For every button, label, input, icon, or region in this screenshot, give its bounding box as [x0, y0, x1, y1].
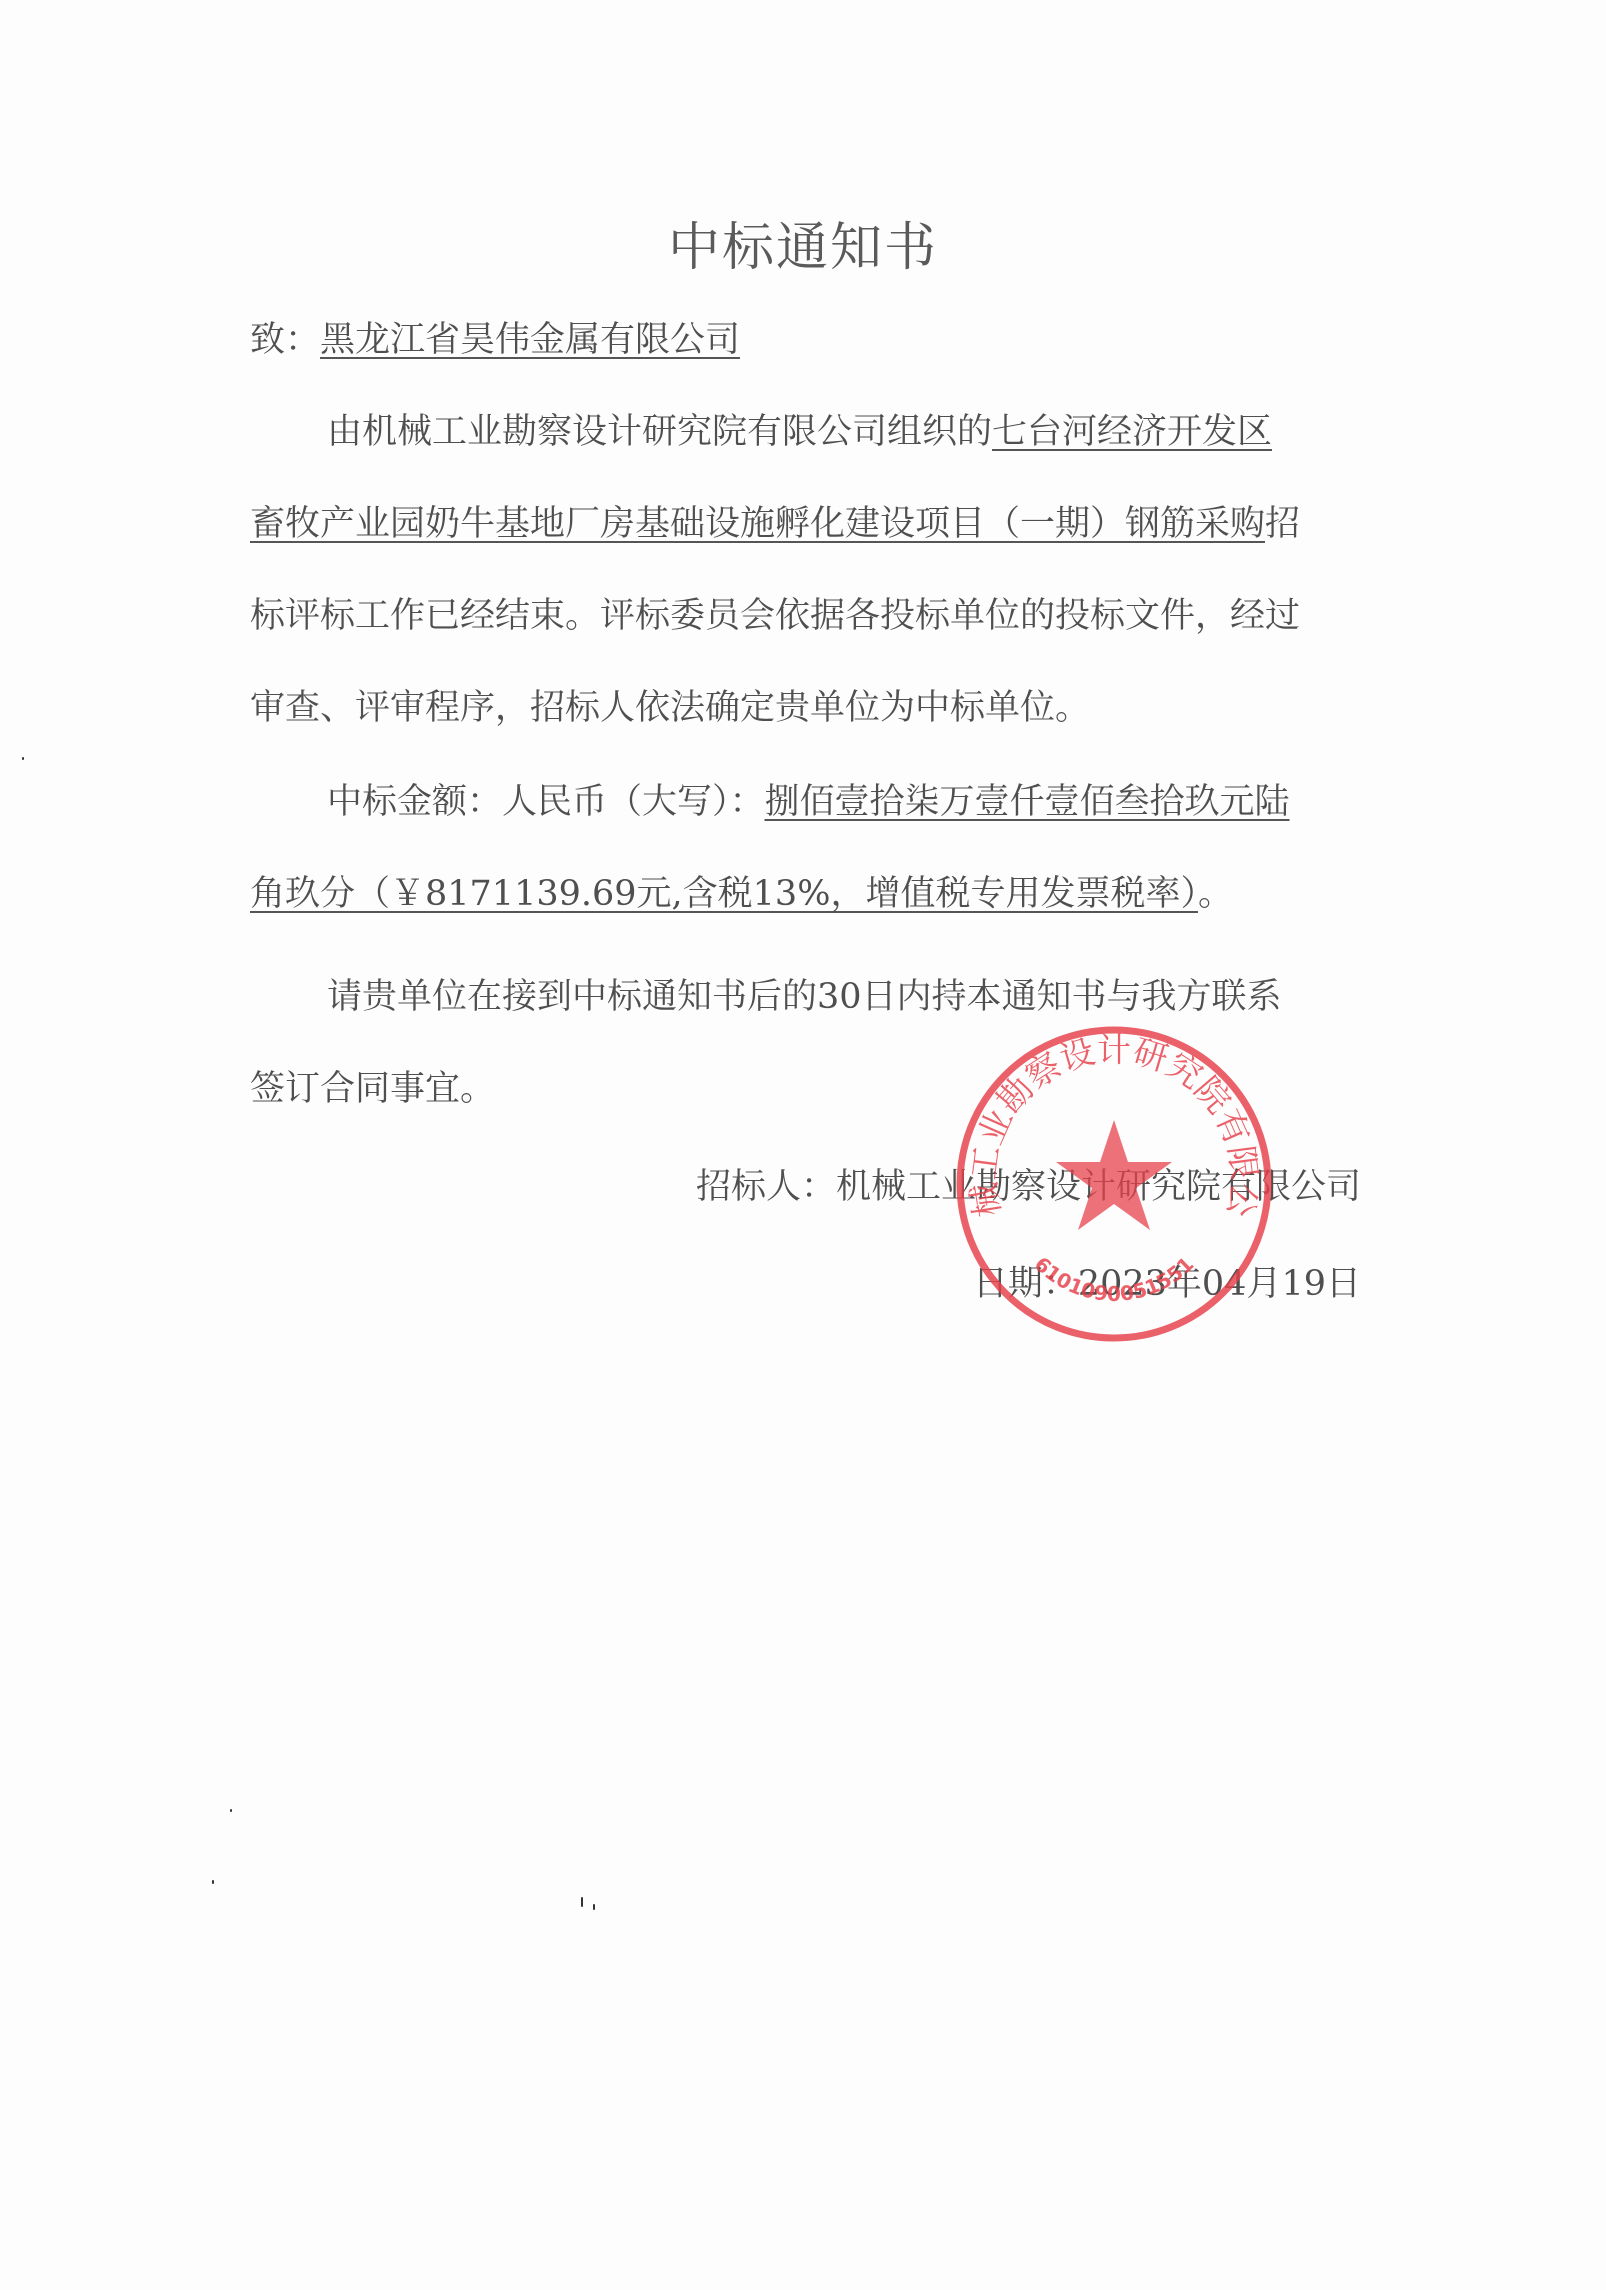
- paragraph2-line2: 角玖分（￥8171139.69元,含税13%，增值税专用发票税率）。: [250, 872, 1233, 916]
- issuer-name: 机械工业勘察设计研究院有限公司: [836, 1167, 1361, 1207]
- bid-amount-words-part1: 捌佰壹拾柒万壹仟壹佰叁拾玖元陆: [765, 782, 1290, 822]
- paragraph1-line1: 由机械工业勘察设计研究院有限公司组织的七台河经济开发区: [327, 410, 1272, 454]
- project-name-part2: 畜牧产业园奶牛基地厂房基础设施孵化建设项目（一期）钢筋采购: [250, 504, 1265, 544]
- paragraph2-line2-tail: 。: [1198, 874, 1233, 914]
- bid-amount-label: 中标金额：人民币（大写）：: [327, 782, 765, 822]
- date-line: 日期：2023年04月19日: [973, 1262, 1361, 1306]
- paragraph1-line3: 标评标工作已经结束。评标委员会依据各投标单位的投标文件，经过: [250, 594, 1300, 638]
- paragraph2-line1: 中标金额：人民币（大写）：捌佰壹拾柒万壹仟壹佰叁拾玖元陆: [327, 780, 1290, 824]
- paragraph1-line2: 畜牧产业园奶牛基地厂房基础设施孵化建设项目（一期）钢筋采购招: [250, 502, 1300, 546]
- paragraph1-line4: 审查、评审程序，招标人依法确定贵单位为中标单位。: [250, 686, 1090, 730]
- date-label: 日期：: [973, 1264, 1078, 1304]
- scan-speck: [22, 757, 24, 760]
- paragraph1-line2-tail: 招: [1265, 504, 1300, 544]
- paragraph3-line2: 签订合同事宜。: [250, 1067, 495, 1111]
- scan-speck: [593, 1904, 595, 1910]
- recipient-line: 致：黑龙江省昊伟金属有限公司: [250, 318, 740, 362]
- scan-speck: [212, 1880, 214, 1884]
- scanned-page: 中标通知书 致：黑龙江省昊伟金属有限公司 由机械工业勘察设计研究院有限公司组织的…: [0, 0, 1606, 2290]
- issuer-line: 招标人：机械工业勘察设计研究院有限公司: [696, 1165, 1361, 1209]
- organizer-text: 由机械工业勘察设计研究院有限公司组织的: [327, 412, 992, 452]
- date-value: 2023年04月19日: [1078, 1264, 1361, 1304]
- project-name-part1: 七台河经济开发区: [992, 412, 1272, 452]
- scan-speck: [581, 1897, 583, 1907]
- recipient-name: 黑龙江省昊伟金属有限公司: [320, 320, 740, 360]
- paragraph3-line1: 请贵单位在接到中标通知书后的30日内持本通知书与我方联系: [327, 975, 1282, 1019]
- bid-amount-words-part2: 角玖分（￥8171139.69元,含税13%，增值税专用发票税率）: [250, 874, 1198, 914]
- document-title: 中标通知书: [0, 205, 1606, 280]
- issuer-label: 招标人：: [696, 1167, 836, 1207]
- recipient-prefix: 致：: [250, 320, 320, 360]
- scan-speck: [230, 1809, 232, 1812]
